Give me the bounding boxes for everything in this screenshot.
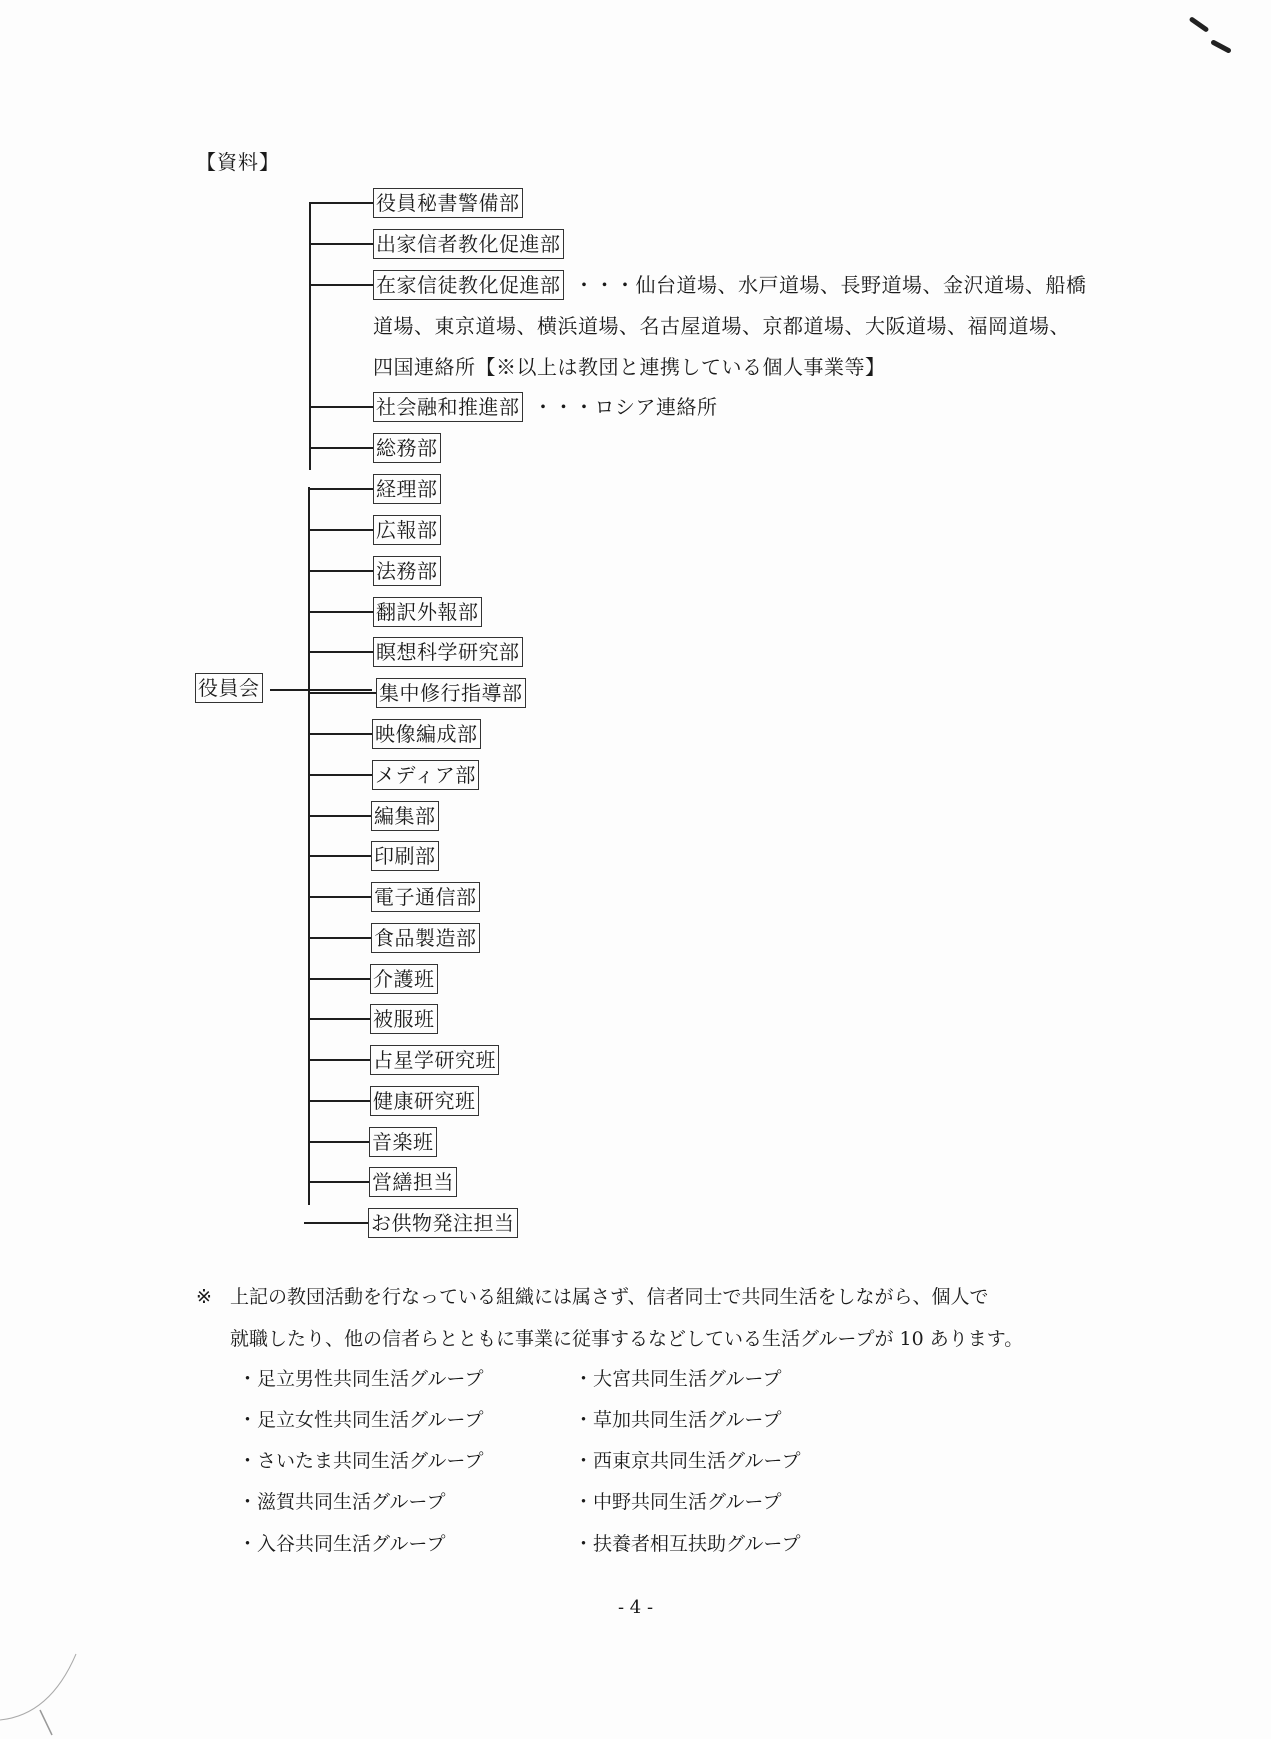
department-box: 出家信者教化促進部 — [373, 229, 564, 259]
department-box: メディア部 — [372, 760, 479, 790]
department-box: 食品製造部 — [371, 923, 480, 953]
department-box: 占星学研究班 — [370, 1045, 499, 1075]
department-detail: ・・・ロシア連絡所 — [533, 393, 718, 421]
department-box: 編集部 — [371, 801, 439, 831]
department-box: 社会融和推進部 — [373, 392, 523, 422]
branch-connector — [310, 855, 371, 857]
department-box: 瞑想科学研究部 — [373, 637, 523, 667]
branch-connector — [310, 243, 373, 245]
department-box: 法務部 — [373, 556, 441, 586]
branch-connector — [304, 1222, 368, 1224]
department-detail: 道場、東京道場、横浜道場、名古屋道場、京都道場、大阪道場、福岡道場、 — [373, 312, 1070, 340]
department-box: 電子通信部 — [371, 882, 480, 912]
note-mark: ※ — [196, 1283, 212, 1311]
branch-connector — [310, 937, 371, 939]
branch-connector — [310, 529, 373, 531]
branch-connector — [310, 406, 373, 408]
department-box: 映像編成部 — [372, 719, 481, 749]
branch-connector — [310, 896, 371, 898]
branch-connector — [310, 651, 373, 653]
root-connector — [270, 689, 372, 691]
branch-connector — [310, 1059, 370, 1061]
note-line-2: 就職したり、他の信者らとともに事業に従事するなどしている生活グループが 10 あ… — [230, 1325, 1023, 1353]
branch-connector — [310, 774, 372, 776]
note-line-1: 上記の教団活動を行なっている組織には属さず、信者同士で共同生活をしながら、個人で — [230, 1283, 988, 1311]
group-item: ・扶養者相互扶助グループ — [574, 1530, 800, 1558]
group-item: ・西東京共同生活グループ — [574, 1447, 800, 1475]
department-box: 印刷部 — [371, 841, 439, 871]
department-box: 健康研究班 — [370, 1086, 479, 1116]
branch-connector — [310, 1100, 370, 1102]
department-box: 音楽班 — [369, 1127, 437, 1157]
department-box: 介護班 — [370, 964, 438, 994]
department-box: 営繕担当 — [369, 1167, 457, 1197]
branch-connector — [310, 733, 372, 735]
branch-connector — [310, 978, 370, 980]
group-item: ・足立男性共同生活グループ — [238, 1365, 483, 1393]
branch-connector — [310, 1181, 369, 1183]
branch-connector — [310, 1141, 369, 1143]
department-box: 役員秘書警備部 — [373, 188, 523, 218]
branch-connector — [310, 611, 373, 613]
group-item: ・さいたま共同生活グループ — [238, 1447, 483, 1475]
group-item: ・足立女性共同生活グループ — [238, 1406, 483, 1434]
group-item: ・入谷共同生活グループ — [238, 1530, 445, 1558]
root-box-board: 役員会 — [195, 673, 263, 703]
department-box: 経理部 — [373, 474, 441, 504]
branch-connector — [310, 692, 376, 694]
branch-connector — [310, 1018, 370, 1020]
department-box: 広報部 — [373, 515, 441, 545]
page-number: - 4 - — [618, 1597, 653, 1618]
group-item: ・中野共同生活グループ — [574, 1488, 781, 1516]
scan-mark — [1189, 16, 1210, 33]
department-box: 集中修行指導部 — [376, 678, 526, 708]
department-box: 在家信徒教化促進部 — [373, 270, 564, 300]
department-detail: ・・・仙台道場、水戸道場、長野道場、金沢道場、船橋 — [574, 271, 1087, 299]
department-box: 総務部 — [373, 433, 441, 463]
section-heading: 【資料】 — [196, 146, 280, 175]
department-box: 被服班 — [370, 1004, 438, 1034]
branch-connector — [310, 202, 373, 204]
group-item: ・大宮共同生活グループ — [574, 1365, 781, 1393]
department-box: お供物発注担当 — [368, 1208, 518, 1238]
scan-mark — [1210, 39, 1232, 54]
branch-connector — [310, 570, 373, 572]
branch-connector — [310, 488, 373, 490]
spine-lower — [308, 487, 310, 1205]
department-box: 翻訳外報部 — [373, 597, 482, 627]
group-item: ・草加共同生活グループ — [574, 1406, 781, 1434]
branch-connector — [310, 284, 373, 286]
branch-connector — [310, 815, 371, 817]
branch-connector — [310, 447, 373, 449]
department-detail: 四国連絡所【※以上は教団と連携している個人事業等】 — [373, 353, 886, 381]
scan-artifact — [0, 1640, 90, 1739]
group-item: ・滋賀共同生活グループ — [238, 1488, 445, 1516]
